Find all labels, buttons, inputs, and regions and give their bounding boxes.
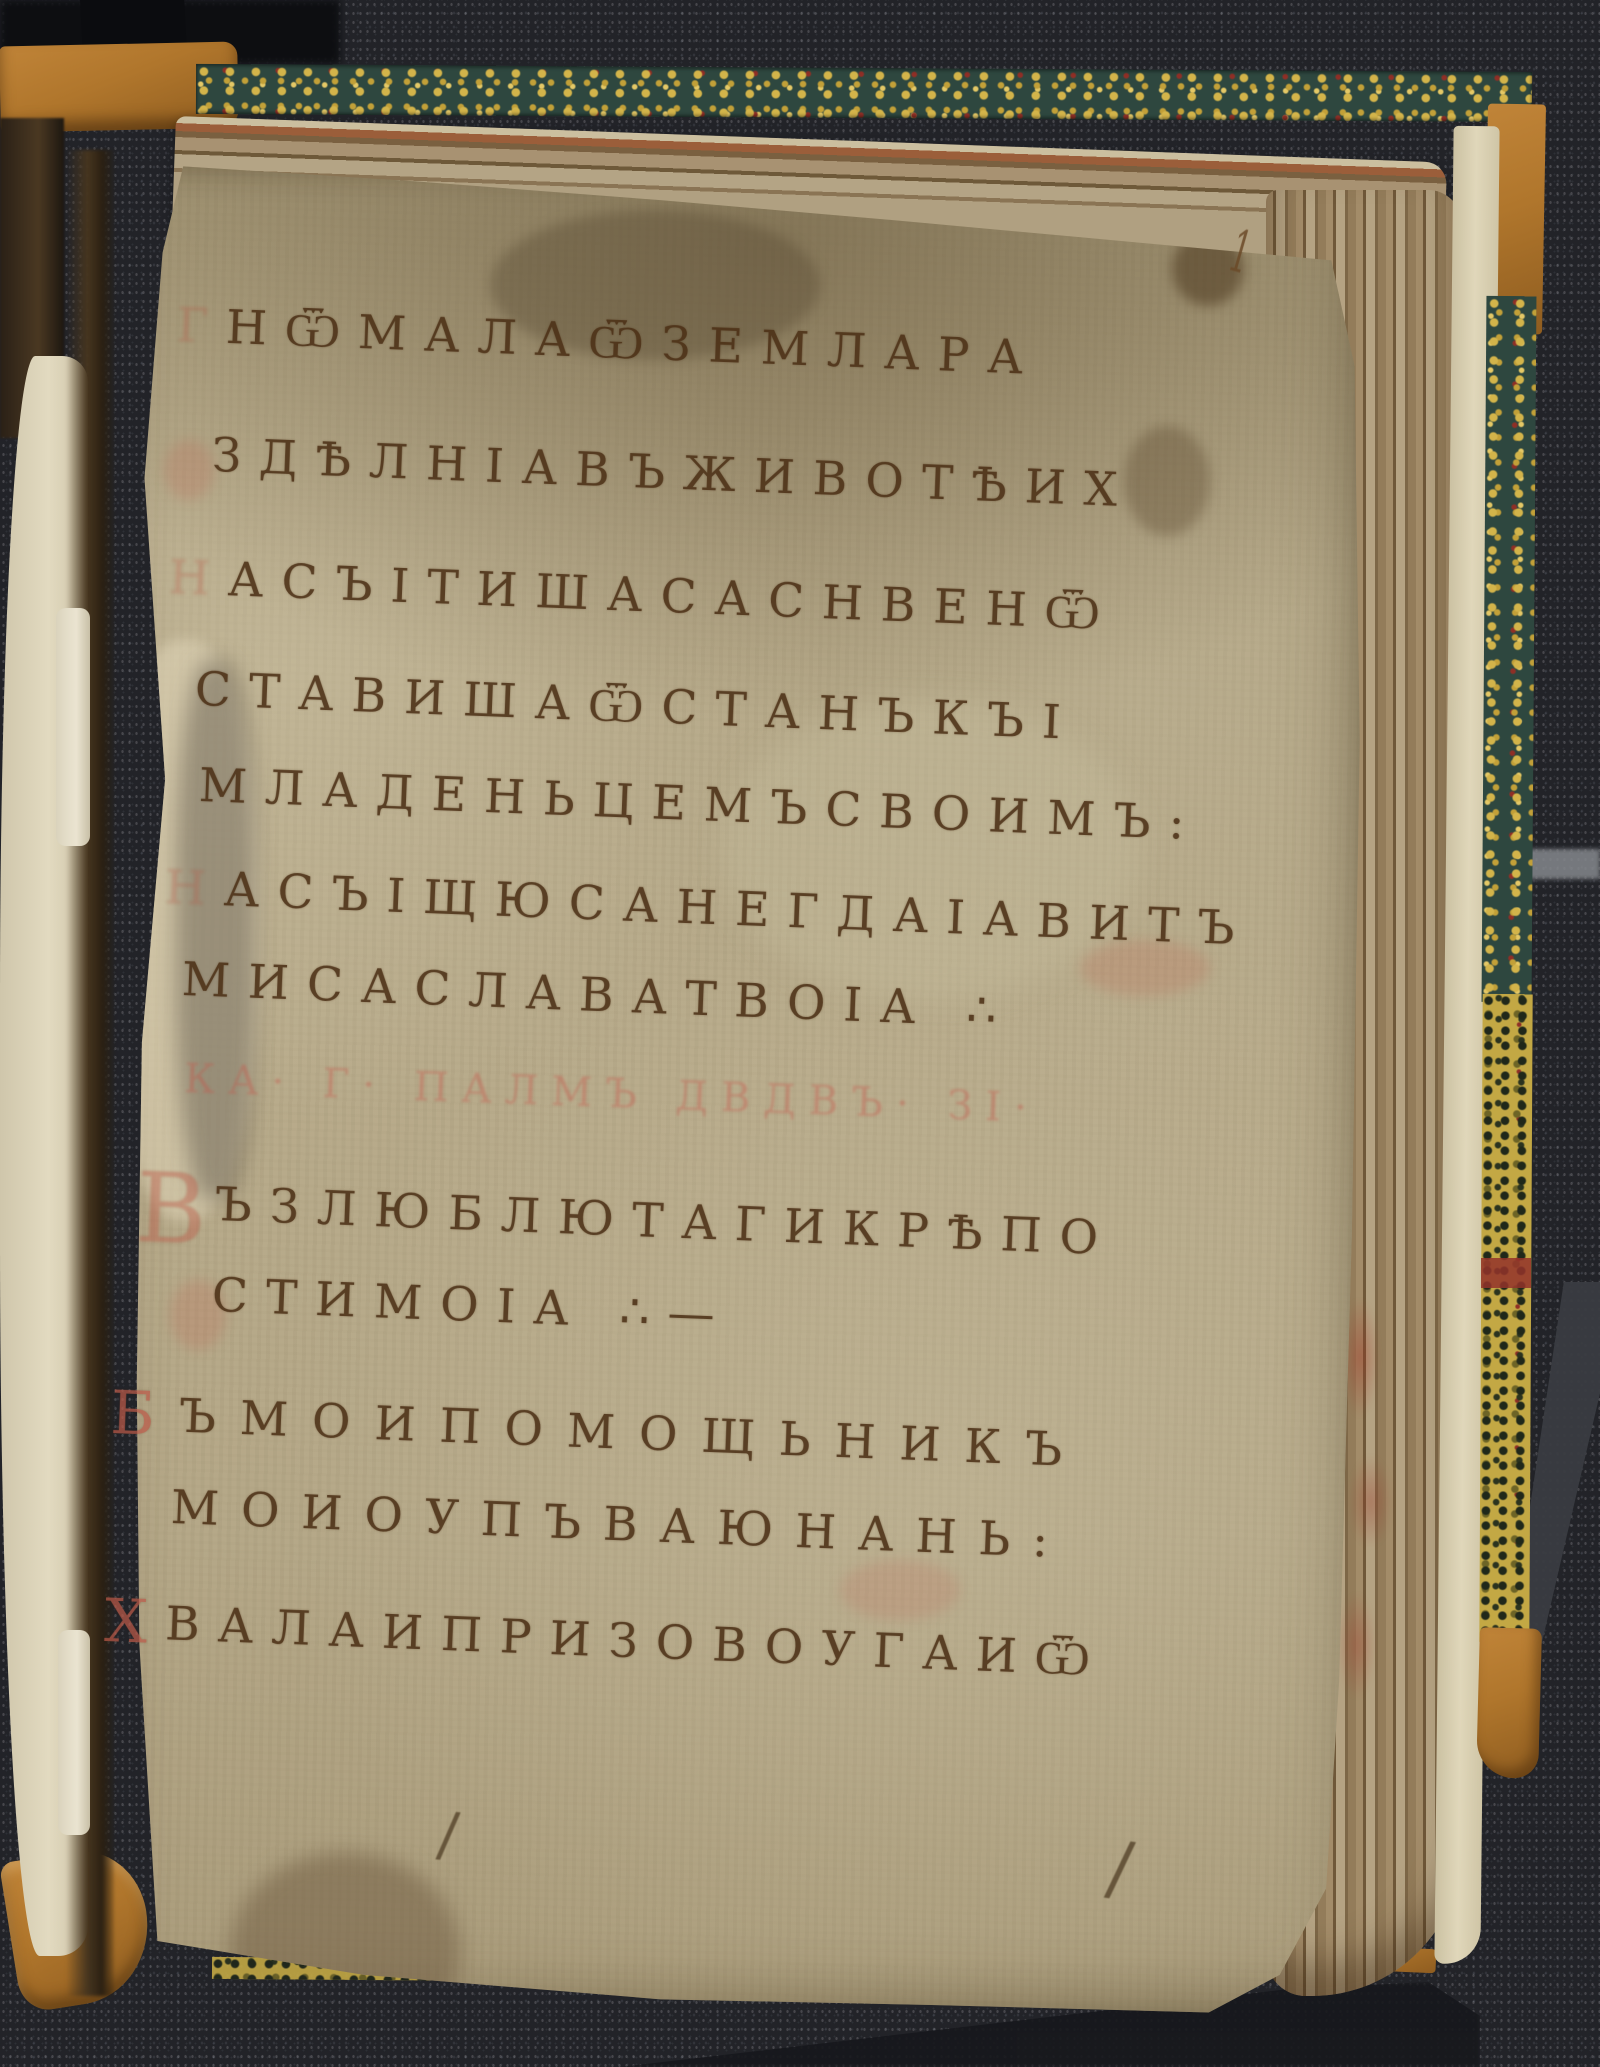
rubricated-initial: Г xyxy=(176,298,227,355)
rubricated-initial: Н xyxy=(164,860,225,917)
marbled-board-top-edge xyxy=(196,64,1532,122)
rubricated-initial: Б xyxy=(109,1378,180,1451)
stain xyxy=(1124,426,1210,536)
backdrop-seam xyxy=(1522,849,1600,879)
water-stain-rim xyxy=(176,660,256,1200)
rubricated-initial-large: В xyxy=(134,1152,217,1267)
sewing-support-patch xyxy=(56,608,90,846)
marbled-board-red-band xyxy=(1481,1258,1531,1288)
red-bleed xyxy=(840,1560,960,1620)
rubricated-initial: Н xyxy=(168,550,229,607)
rubricated-initial: Х xyxy=(103,1586,166,1658)
sewing-support-patch xyxy=(58,1630,90,1835)
marbled-board-right-lower xyxy=(1479,994,1532,1642)
line-text: ЪЗЛЮБЛЮТАГИКРѢПО xyxy=(214,1177,1118,1267)
red-bleed xyxy=(164,440,214,500)
stain xyxy=(230,1852,460,2052)
manuscript-photo: 1 / / ГНѾМАЛАѾЗЕМЛАРА ЗДѢЛНІАВЪЖИВОТѢИХ … xyxy=(0,0,1600,2067)
marbled-board-right-upper xyxy=(1482,296,1537,1002)
leather-cover-bottom-right-corner xyxy=(1476,1627,1542,1779)
